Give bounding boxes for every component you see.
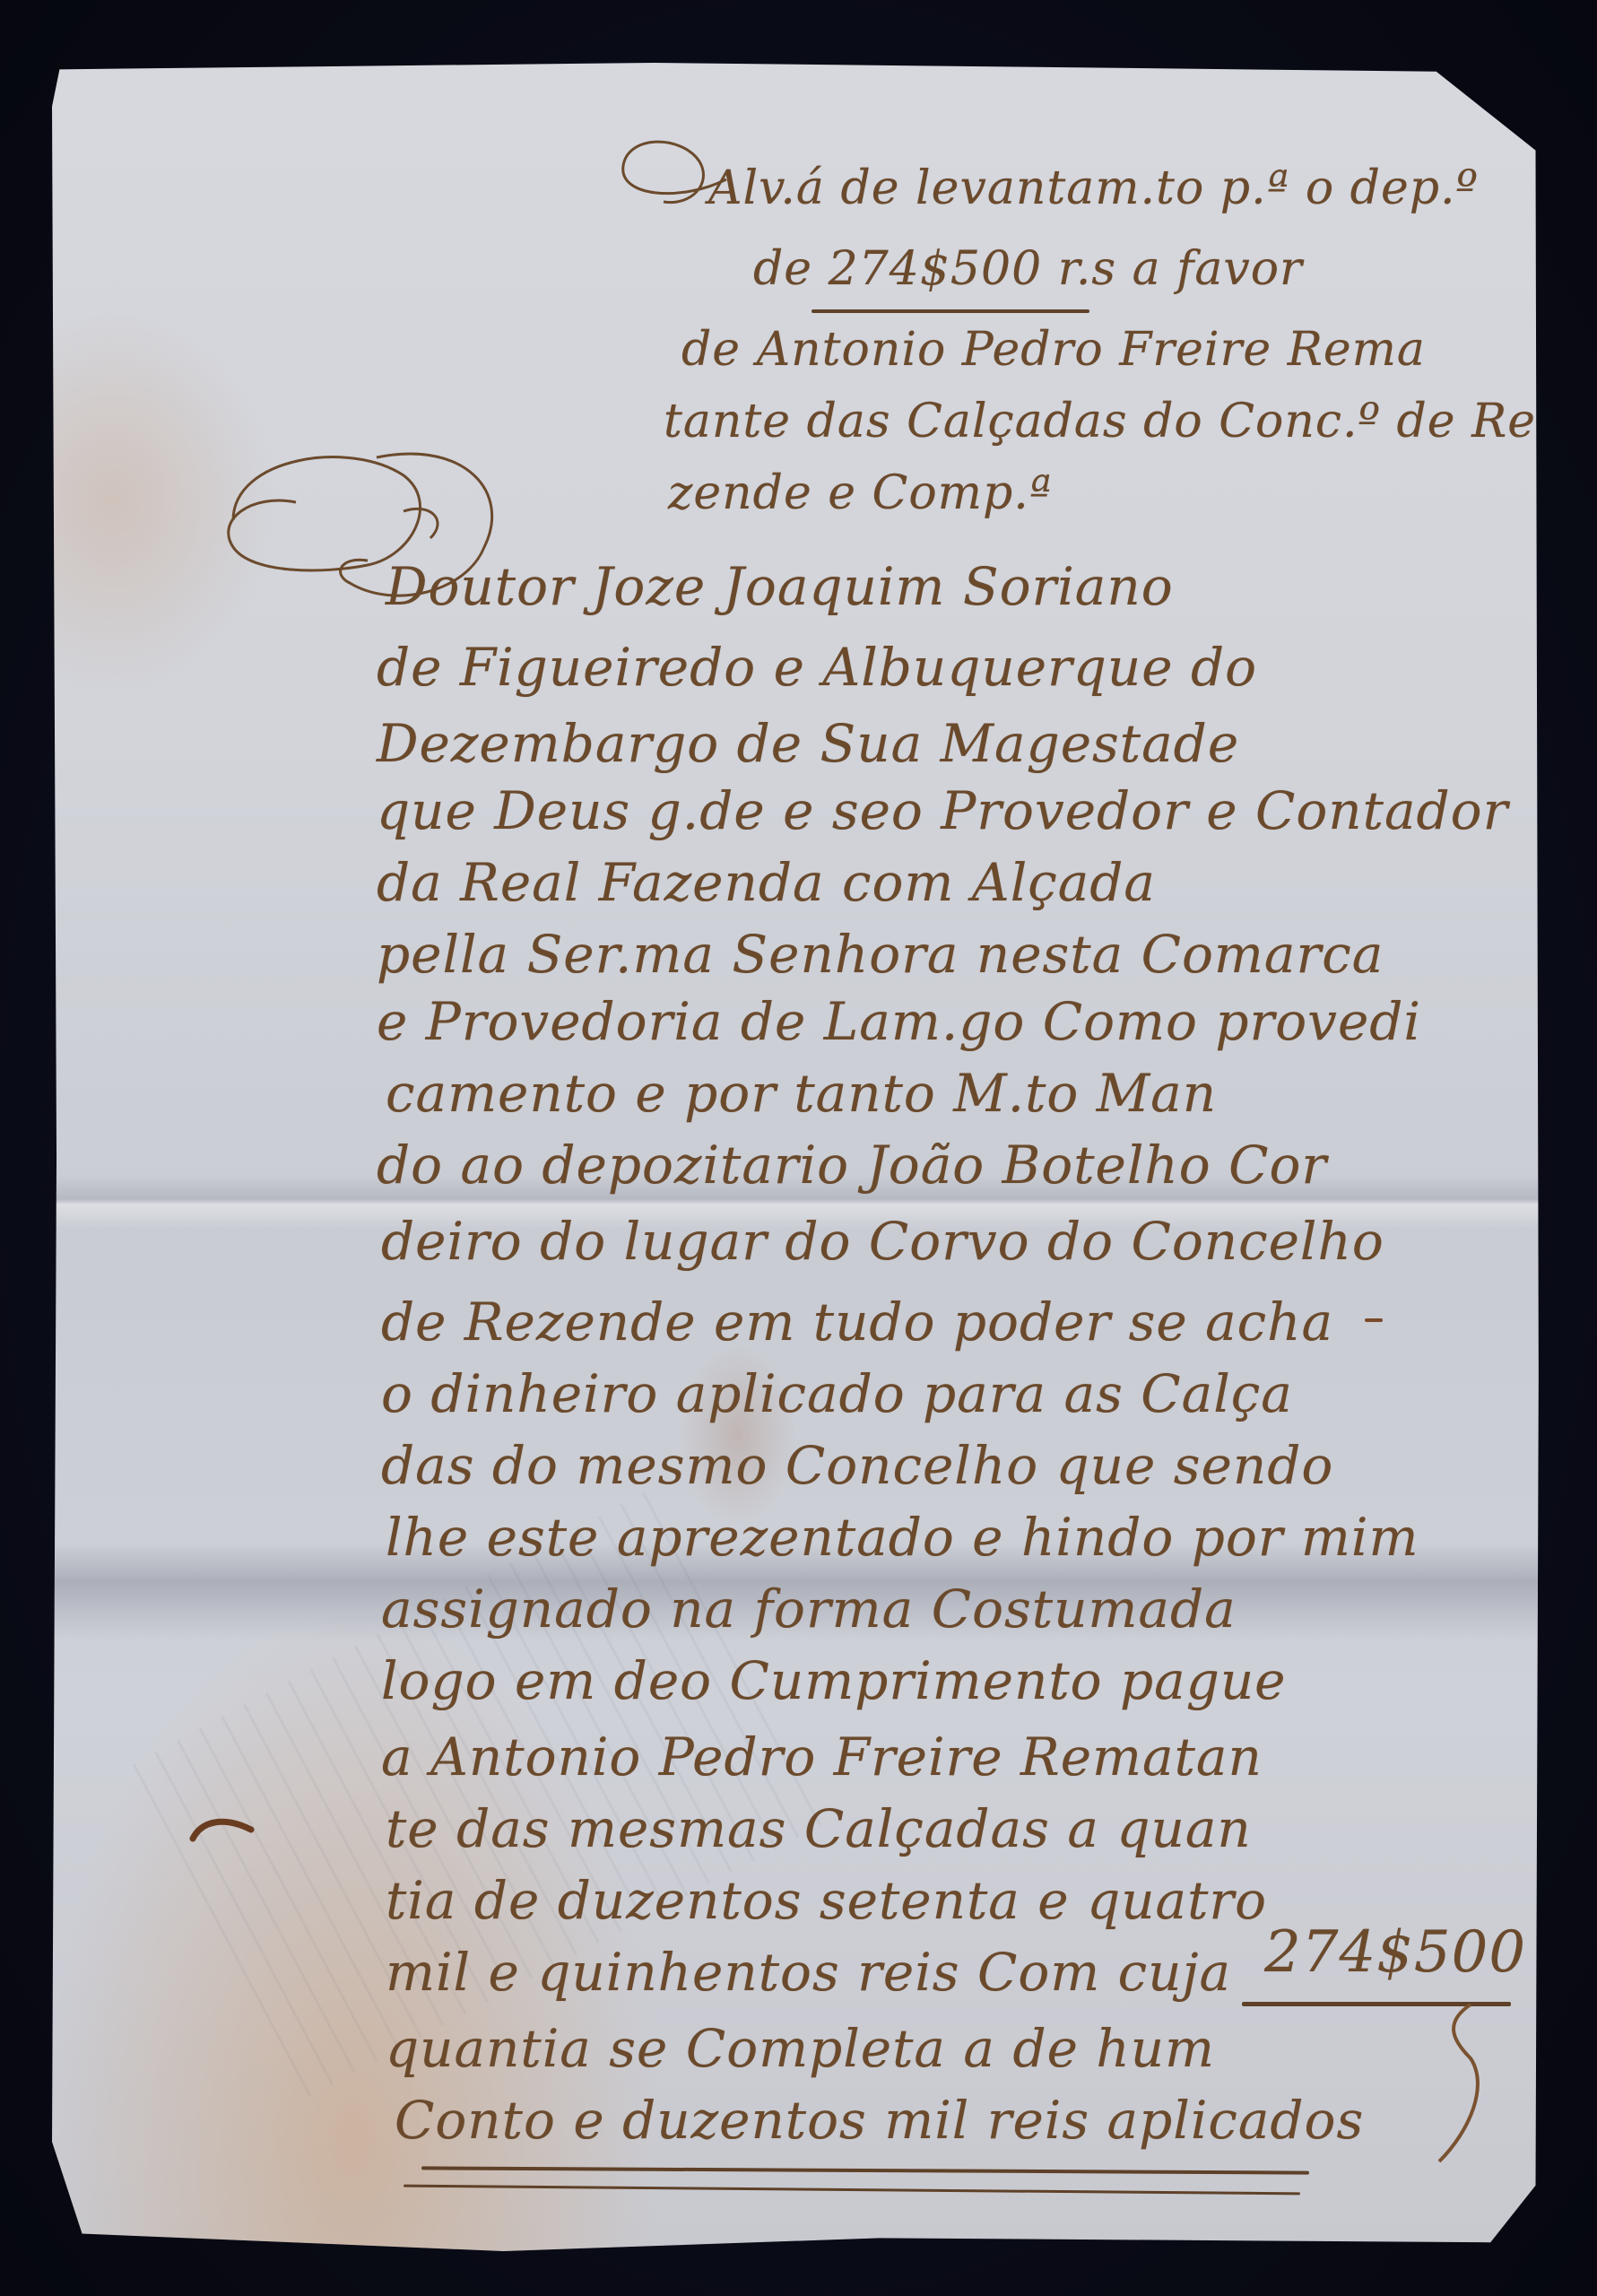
body-line-19: tia de duzentos setenta e quatro: [386, 1870, 1267, 1931]
header-line-5: zende e Comp.ª: [668, 466, 1052, 520]
margin-amount: 274$500: [1264, 1919, 1526, 1986]
body-line-17: a Antonio Pedro Freire Rematan: [381, 1726, 1263, 1787]
header-line-4: tante das Calçadas do Conc.º de Re: [664, 395, 1536, 448]
body-line-8: camento e por tanto M.to Man: [386, 1063, 1217, 1124]
header-line-3: de Antonio Pedro Freire Rema: [681, 323, 1426, 377]
body-line-13: das do mesmo Concelho que sendo: [381, 1435, 1333, 1496]
body-line-12: o dinheiro aplicado para as Calça: [381, 1363, 1293, 1424]
body-line-14: lhe este aprezentado e hindo por mim: [386, 1507, 1419, 1568]
header-amount-underline: [812, 309, 1089, 313]
margin-bracket-flourish-icon: [1435, 2005, 1506, 2166]
body-line-5: da Real Fazenda com Alçada: [377, 852, 1156, 913]
body-line-15: assignado na forma Costumada: [381, 1578, 1237, 1639]
body-line-1: Doutor Joze Joaquim Soriano: [386, 556, 1174, 617]
body-line-4: que Deus g.de e seo Provedor e Contador: [377, 780, 1508, 841]
margin-dash-mark: [1365, 1318, 1383, 1322]
header-line-1: Alv.á de levantam.to p.ª o dep.º: [708, 161, 1479, 215]
left-margin-ink-mark-icon: [188, 1816, 260, 1843]
header-line-2: de 274$500 r.s a favor: [753, 242, 1303, 296]
body-line-6: pella Ser.ma Senhora nesta Comarca: [377, 924, 1384, 985]
body-line-18: te das mesmas Calçadas a quan: [386, 1798, 1252, 1859]
body-line-2: de Figueiredo e Albuquerque do: [377, 637, 1257, 698]
body-line-11: de Rezende em tudo poder se acha: [381, 1291, 1333, 1352]
body-line-16: logo em deo Cumprimento pague: [381, 1650, 1287, 1711]
body-line-3: Dezembargo de Sua Magestade: [377, 713, 1239, 774]
body-line-21: quantia se Completa a de hum: [386, 2018, 1215, 2079]
body-line-20: mil e quinhentos reis Com cuja: [386, 1942, 1231, 2003]
body-line-22: Conto e duzentos mil reis aplicados: [395, 2090, 1364, 2151]
body-line-9: do ao depozitario João Botelho Cor: [377, 1135, 1327, 1196]
body-line-10: deiro do lugar do Corvo do Concelho: [381, 1211, 1384, 1272]
body-line-7: e Provedoria de Lam.go Como provedi: [377, 991, 1421, 1052]
